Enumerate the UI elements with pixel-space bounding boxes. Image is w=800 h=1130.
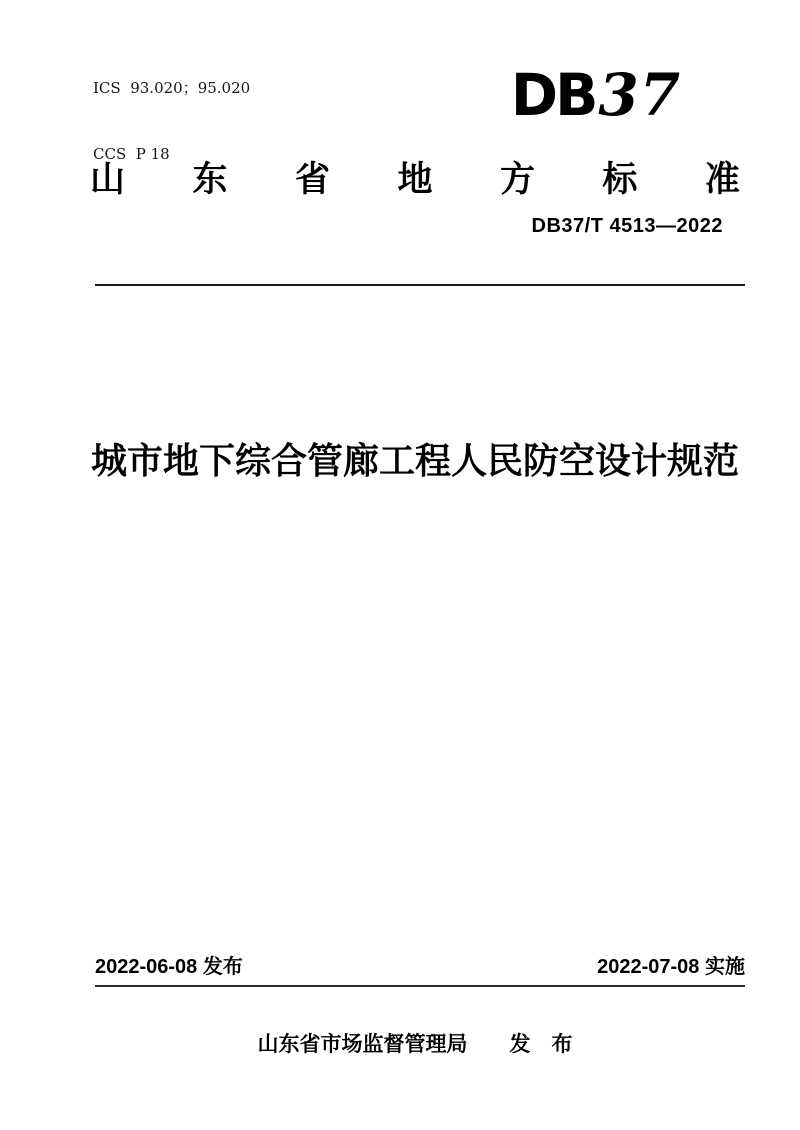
- document-cover: ICS 93.020；95.020 CCS P 18 DB37 山东省地方标准 …: [0, 0, 800, 1130]
- issue-date: 2022-06-08 发布: [95, 950, 243, 979]
- header-divider: [95, 284, 745, 286]
- db37-logo-number: 37: [598, 66, 681, 124]
- page-title: 城市地下综合管廊工程人民防空设计规范: [75, 433, 755, 484]
- publisher-line: 山东省市场监督管理局 发 布: [90, 1028, 740, 1058]
- standard-category-name: 山东省地方标准: [90, 152, 740, 202]
- db37-logo-db: DB: [511, 66, 596, 124]
- dates-bar: 2022-06-08 发布 2022-07-08 实施: [95, 950, 745, 987]
- db37-logo: DB37: [510, 66, 681, 124]
- ics-code: ICS 93.020；95.020: [93, 77, 250, 99]
- standard-number: DB37/T 4513—2022: [532, 215, 723, 238]
- implement-date: 2022-07-08 实施: [597, 950, 745, 979]
